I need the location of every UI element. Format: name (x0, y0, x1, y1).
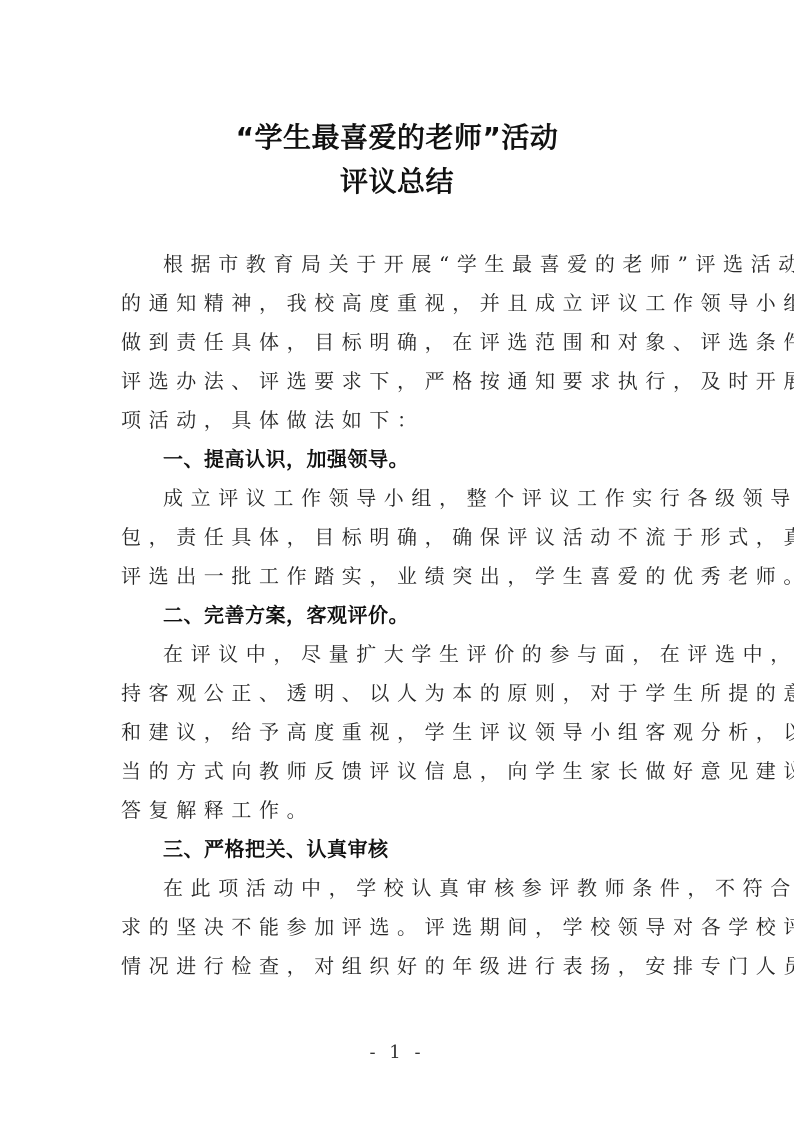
section-heading: 一、提高认识，加强领导。 (121, 440, 675, 479)
paragraph-line: 求的坚决不能参加评选。评选期间，学校领导对各学校评选 (121, 908, 675, 947)
paragraph-line: 情况进行检查，对组织好的年级进行表扬，安排专门人员现 (121, 947, 675, 986)
paragraph-line: 的通知精神，我校高度重视，并且成立评议工作领导小组， (121, 284, 675, 323)
document-page: “学生最喜爱的老师”活动 评议总结 根据市教育局关于开展“学生最喜爱的老师”评选… (0, 0, 794, 1123)
paragraph-line: 在评议中，尽量扩大学生评价的参与面，在评选中，坚 (121, 635, 675, 674)
paragraph-line: 和建议，给予高度重视，学生评议领导小组客观分析，以恰 (121, 713, 675, 752)
paragraph-line: 项活动，具体做法如下： (121, 401, 675, 440)
intro-paragraph: 根据市教育局关于开展“学生最喜爱的老师”评选活动 的通知精神，我校高度重视，并且… (121, 245, 675, 440)
section-1: 一、提高认识，加强领导。 成立评议工作领导小组，整个评议工作实行各级领导承 包，… (121, 440, 675, 596)
document-title-line-2: 评议总结 (0, 162, 794, 202)
paragraph-line: 持客观公正、透明、以人为本的原则，对于学生所提的意见 (121, 674, 675, 713)
document-title-line-1: “学生最喜爱的老师”活动 (0, 118, 794, 158)
paragraph-line: 当的方式向教师反馈评议信息，向学生家长做好意见建议的 (121, 752, 675, 791)
paragraph-line: 答复解释工作。 (121, 791, 675, 830)
section-heading: 二、完善方案，客观评价。 (121, 596, 675, 635)
paragraph-line: 做到责任具体，目标明确，在评选范围和对象、评选条件、 (121, 323, 675, 362)
document-body: 根据市教育局关于开展“学生最喜爱的老师”评选活动 的通知精神，我校高度重视，并且… (121, 245, 675, 986)
paragraph-line: 评选出一批工作踏实，业绩突出，学生喜爱的优秀老师。 (121, 557, 675, 596)
paragraph-line: 根据市教育局关于开展“学生最喜爱的老师”评选活动 (121, 245, 675, 284)
paragraph-line: 评选办法、评选要求下，严格按通知要求执行，及时开展这 (121, 362, 675, 401)
section-2: 二、完善方案，客观评价。 在评议中，尽量扩大学生评价的参与面，在评选中，坚 持客… (121, 596, 675, 830)
section-heading: 三、严格把关、认真审核 (121, 830, 675, 869)
section-3: 三、严格把关、认真审核 在此项活动中，学校认真审核参评教师条件，不符合要 求的坚… (121, 830, 675, 986)
paragraph-line: 在此项活动中，学校认真审核参评教师条件，不符合要 (121, 869, 675, 908)
paragraph-line: 成立评议工作领导小组，整个评议工作实行各级领导承 (121, 479, 675, 518)
page-number: - 1 - (0, 1042, 794, 1063)
paragraph-line: 包，责任具体，目标明确，确保评议活动不流于形式，真正 (121, 518, 675, 557)
